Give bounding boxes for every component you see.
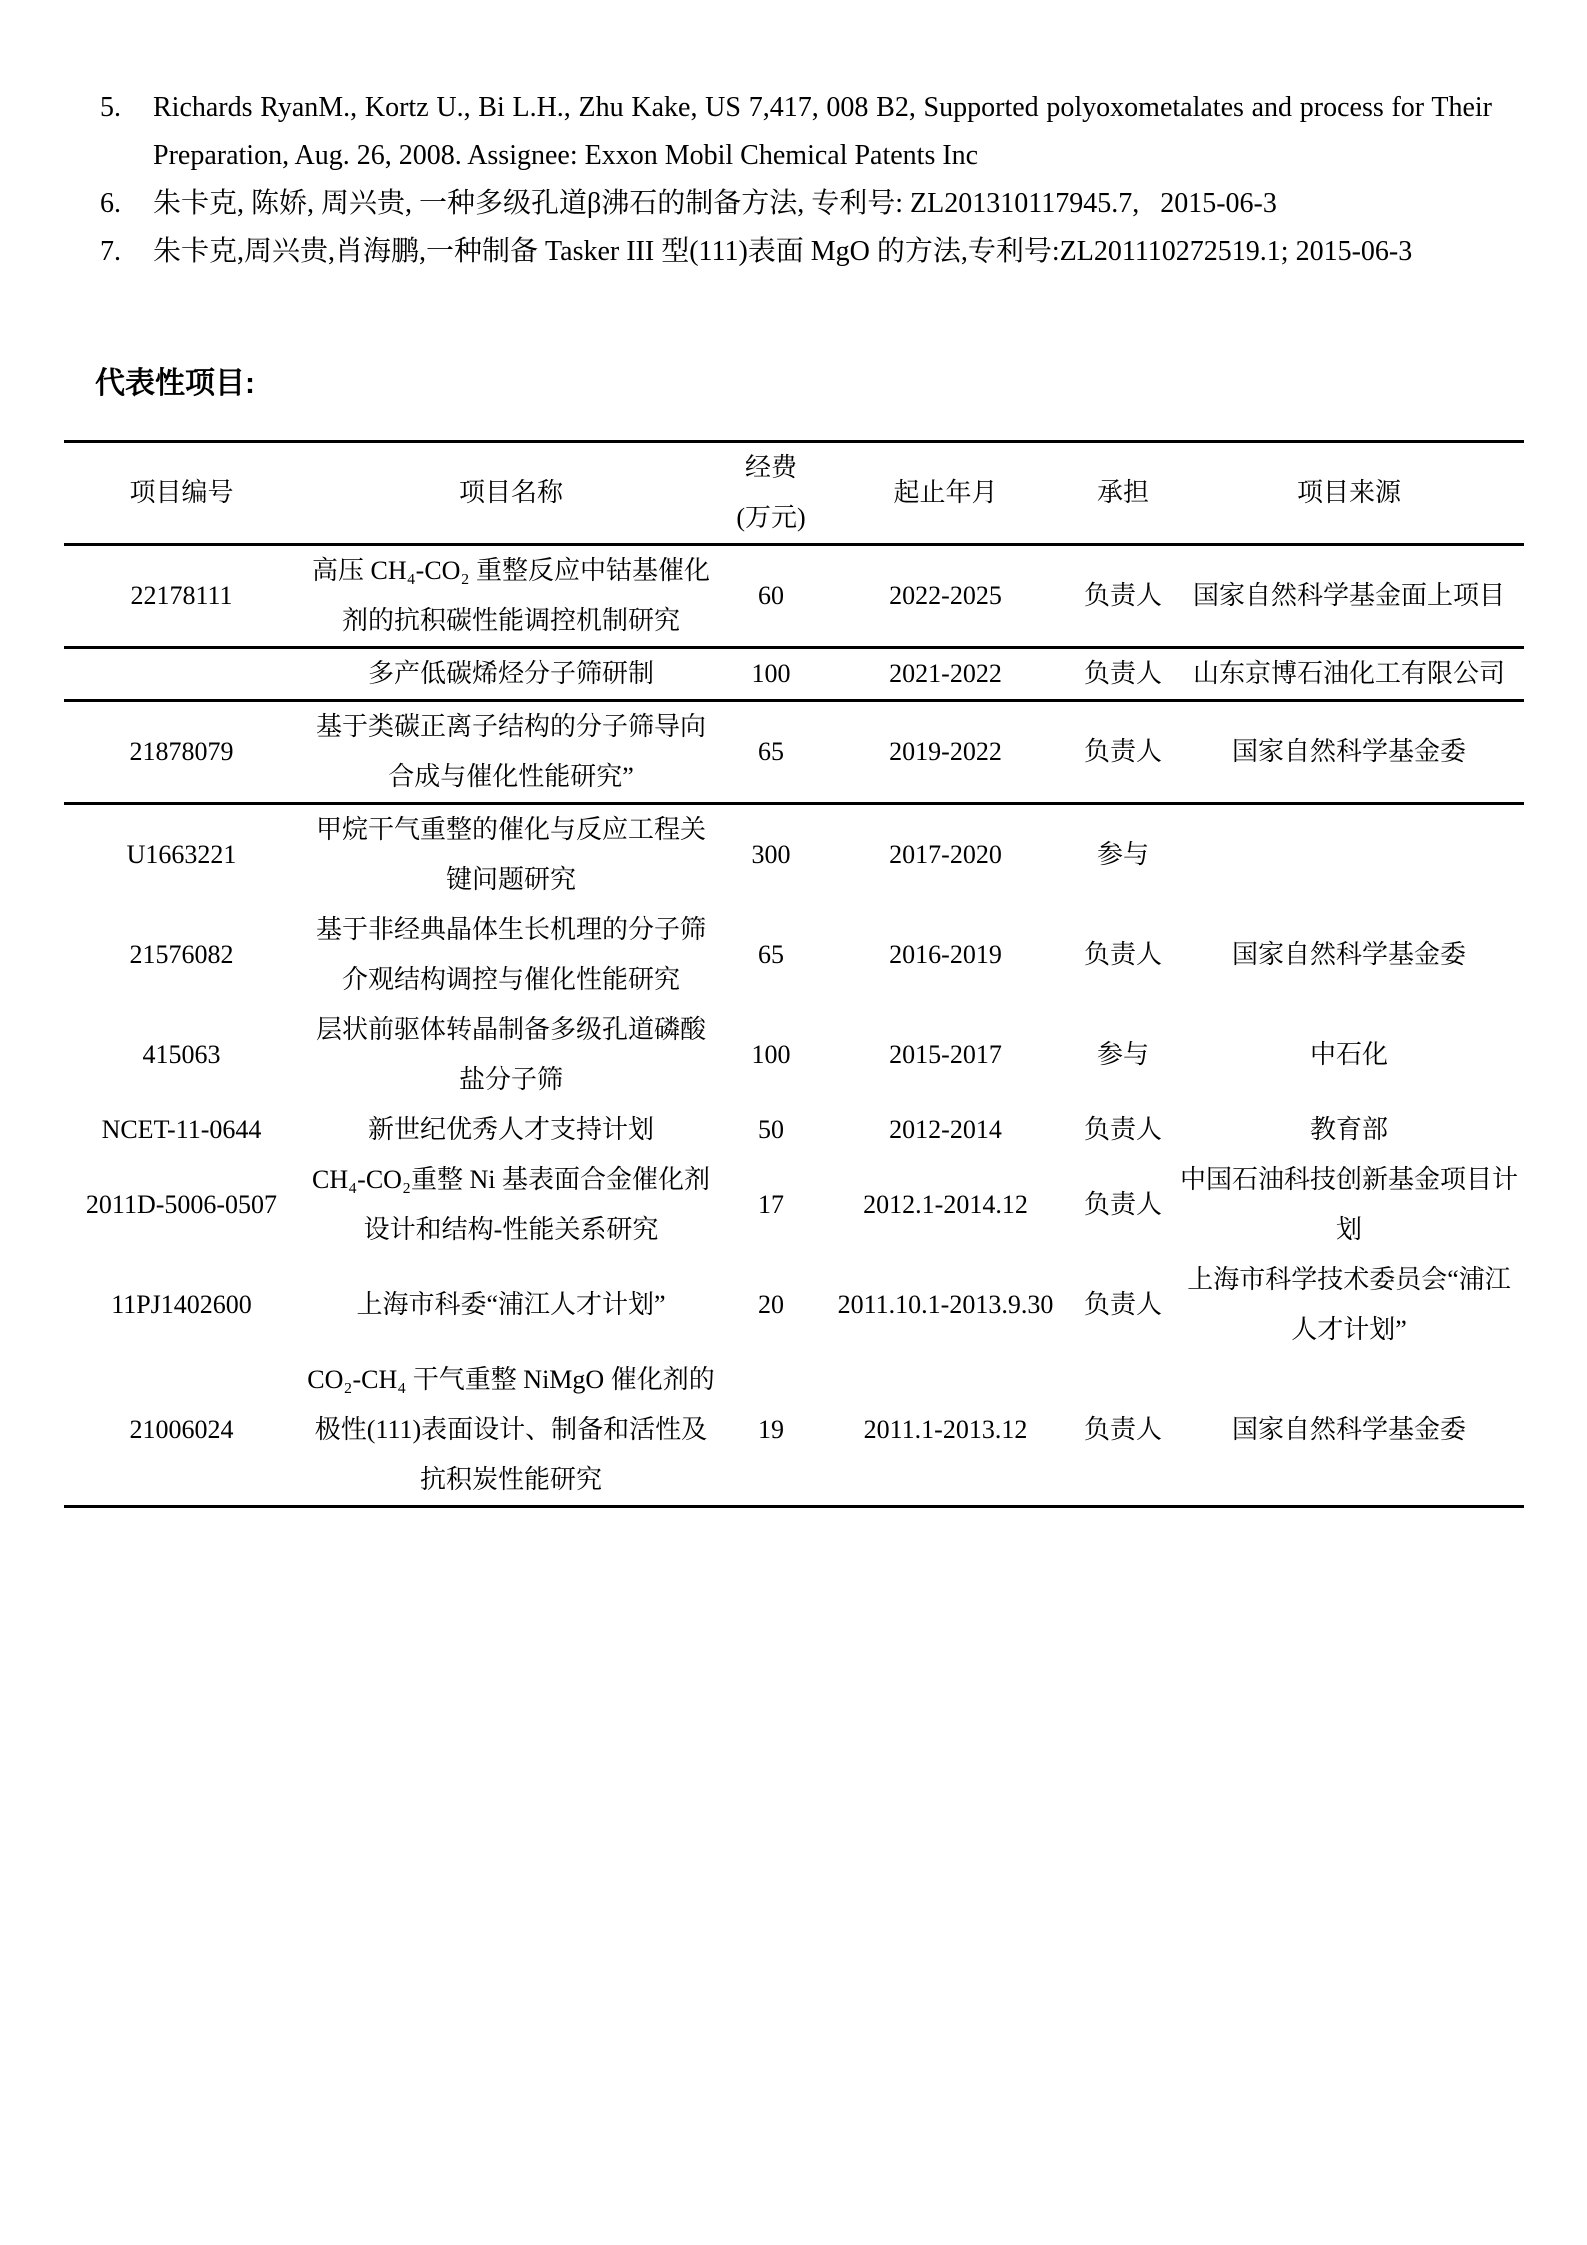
cell-role: 负责人: [1072, 1255, 1174, 1355]
header-funding-unit: (万元): [729, 493, 813, 543]
header-period: 起止年月: [819, 442, 1072, 545]
table-row: 21006024 CO₂-CH₄ 干气重整 NiMgO 催化剂的极性(111)表…: [64, 1355, 1524, 1507]
cell-project-id: NCET-11-0644: [64, 1105, 299, 1155]
cell-role: 负责人: [1072, 545, 1174, 648]
cell-source: 国家自然科学基金委: [1174, 701, 1524, 804]
cell-project-id: 11PJ1402600: [64, 1255, 299, 1355]
cell-source: 中石化: [1174, 1005, 1524, 1105]
cell-period: 2015-2017: [819, 1005, 1072, 1105]
list-item: 6. 朱卡克, 陈娇, 周兴贵, 一种多级孔道β沸石的制备方法, 专利号: ZL…: [100, 180, 1492, 228]
table-row: 21878079 基于类碳正离子结构的分子筛导向合成与催化性能研究” 65 20…: [64, 701, 1524, 804]
cell-funding: 65: [723, 701, 819, 804]
list-item-number: 5.: [100, 84, 121, 132]
cell-project-name: 基于类碳正离子结构的分子筛导向合成与催化性能研究”: [299, 701, 723, 804]
header-role: 承担: [1072, 442, 1174, 545]
list-item-text: 朱卡克,周兴贵,肖海鹏,一种制备 Tasker III 型(111)表面 MgO…: [153, 236, 1412, 267]
cell-role: 负责人: [1072, 1355, 1174, 1507]
cell-role: 负责人: [1072, 701, 1174, 804]
list-item-number: 6.: [100, 180, 121, 228]
table-row: 22178111 高压 CH₄-CO₂ 重整反应中钴基催化剂的抗积碳性能调控机制…: [64, 545, 1524, 648]
cell-source: 国家自然科学基金面上项目: [1174, 545, 1524, 648]
cell-role: 负责人: [1072, 905, 1174, 1005]
cell-project-id: 21006024: [64, 1355, 299, 1507]
cell-source: 山东京博石油化工有限公司: [1174, 648, 1524, 701]
list-item-text: Richards RyanM., Kortz U., Bi L.H., Zhu …: [153, 92, 1492, 171]
cell-project-id: U1663221: [64, 804, 299, 906]
cell-funding: 100: [723, 1005, 819, 1105]
cell-project-name: 层状前驱体转晶制备多级孔道磷酸盐分子筛: [299, 1005, 723, 1105]
table-row: 多产低碳烯烃分子筛研制 100 2021-2022 负责人 山东京博石油化工有限…: [64, 648, 1524, 701]
cell-period: 2012-2014: [819, 1105, 1072, 1155]
cell-project-name: 高压 CH₄-CO₂ 重整反应中钴基催化剂的抗积碳性能调控机制研究: [299, 545, 723, 648]
table-row: U1663221 甲烷干气重整的催化与反应工程关键问题研究 300 2017-2…: [64, 804, 1524, 906]
list-item: 5. Richards RyanM., Kortz U., Bi L.H., Z…: [100, 84, 1492, 180]
cell-role: 负责人: [1072, 1105, 1174, 1155]
cell-project-name: CH₄-CO₂重整 Ni 基表面合金催化剂设计和结构-性能关系研究: [299, 1155, 723, 1255]
cell-funding: 65: [723, 905, 819, 1005]
cell-project-name: 甲烷干气重整的催化与反应工程关键问题研究: [299, 804, 723, 906]
header-source: 项目来源: [1174, 442, 1524, 545]
section-heading: 代表性项目:: [95, 366, 1587, 402]
table-row: 21576082 基于非经典晶体生长机理的分子筛介观结构调控与催化性能研究 65…: [64, 905, 1524, 1005]
cell-project-name: 新世纪优秀人才支持计划: [299, 1105, 723, 1155]
cell-source: 中国石油科技创新基金项目计划: [1174, 1155, 1524, 1255]
cell-period: 2011.1-2013.12: [819, 1355, 1072, 1507]
cell-role: 参与: [1072, 1005, 1174, 1105]
cell-project-name: 多产低碳烯烃分子筛研制: [299, 648, 723, 701]
cell-funding: 19: [723, 1355, 819, 1507]
header-project-id: 项目编号: [64, 442, 299, 545]
table-row: 2011D-5006-0507 CH₄-CO₂重整 Ni 基表面合金催化剂设计和…: [64, 1155, 1524, 1255]
cell-project-name: CO₂-CH₄ 干气重整 NiMgO 催化剂的极性(111)表面设计、制备和活性…: [299, 1355, 723, 1507]
cell-project-id: [64, 648, 299, 701]
list-item: 7. 朱卡克,周兴贵,肖海鹏,一种制备 Tasker III 型(111)表面 …: [100, 228, 1492, 276]
cell-period: 2016-2019: [819, 905, 1072, 1005]
cell-period: 2011.10.1-2013.9.30: [819, 1255, 1072, 1355]
header-funding-label: 经费: [729, 443, 813, 493]
cell-project-id: 415063: [64, 1005, 299, 1105]
cell-role: 参与: [1072, 804, 1174, 906]
cell-project-name: 基于非经典晶体生长机理的分子筛介观结构调控与催化性能研究: [299, 905, 723, 1005]
cell-period: 2022-2025: [819, 545, 1072, 648]
table-header: 项目编号 项目名称 经费 (万元) 起止年月 承担 项目来源: [64, 442, 1524, 545]
cell-period: 2019-2022: [819, 701, 1072, 804]
cell-source: 国家自然科学基金委: [1174, 1355, 1524, 1507]
cell-project-id: 21878079: [64, 701, 299, 804]
cell-source: 教育部: [1174, 1105, 1524, 1155]
cell-period: 2021-2022: [819, 648, 1072, 701]
cell-role: 负责人: [1072, 648, 1174, 701]
cell-project-id: 2011D-5006-0507: [64, 1155, 299, 1255]
list-item-text: 朱卡克, 陈娇, 周兴贵, 一种多级孔道β沸石的制备方法, 专利号: ZL201…: [153, 188, 1277, 219]
cell-period: 2012.1-2014.12: [819, 1155, 1072, 1255]
cell-funding: 50: [723, 1105, 819, 1155]
cell-funding: 100: [723, 648, 819, 701]
cell-funding: 300: [723, 804, 819, 906]
table-row: 415063 层状前驱体转晶制备多级孔道磷酸盐分子筛 100 2015-2017…: [64, 1005, 1524, 1105]
cell-source: [1174, 804, 1524, 906]
patent-list: 5. Richards RyanM., Kortz U., Bi L.H., Z…: [0, 0, 1587, 276]
cell-role: 负责人: [1072, 1155, 1174, 1255]
cell-project-id: 21576082: [64, 905, 299, 1005]
cell-funding: 20: [723, 1255, 819, 1355]
cell-project-id: 22178111: [64, 545, 299, 648]
header-project-name: 项目名称: [299, 442, 723, 545]
cell-funding: 17: [723, 1155, 819, 1255]
cell-project-name: 上海市科委“浦江人才计划”: [299, 1255, 723, 1355]
cell-source: 上海市科学技术委员会“浦江人才计划”: [1174, 1255, 1524, 1355]
cell-period: 2017-2020: [819, 804, 1072, 906]
table-row: 11PJ1402600 上海市科委“浦江人才计划” 20 2011.10.1-2…: [64, 1255, 1524, 1355]
cell-funding: 60: [723, 545, 819, 648]
table-row: NCET-11-0644 新世纪优秀人才支持计划 50 2012-2014 负责…: [64, 1105, 1524, 1155]
document-page: 5. Richards RyanM., Kortz U., Bi L.H., Z…: [0, 0, 1587, 2245]
list-item-number: 7.: [100, 228, 121, 276]
cell-source: 国家自然科学基金委: [1174, 905, 1524, 1005]
header-funding: 经费 (万元): [723, 442, 819, 545]
projects-table: 项目编号 项目名称 经费 (万元) 起止年月 承担 项目来源 22178111 …: [64, 440, 1524, 1508]
projects-table-body: 22178111 高压 CH₄-CO₂ 重整反应中钴基催化剂的抗积碳性能调控机制…: [64, 545, 1524, 1507]
